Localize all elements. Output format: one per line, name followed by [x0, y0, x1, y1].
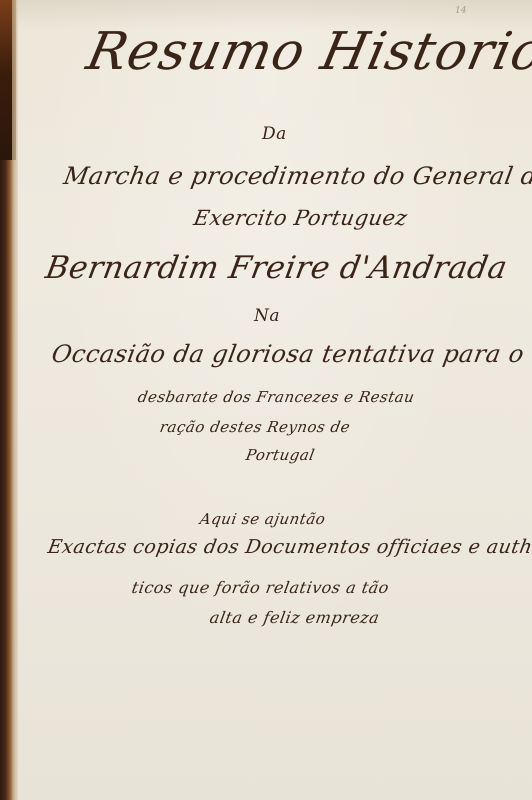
line-aqui-se-ajuntao: Aqui se ajuntão	[198, 510, 327, 528]
manuscript-page: 14 Resumo Historico Da Marcha e procedim…	[0, 0, 532, 800]
page-deckle-edge	[12, 0, 18, 800]
line-exercito: Exercito Portuguez	[192, 206, 409, 230]
folio-mark: 14	[455, 6, 466, 16]
line-marcha: Marcha e procedimento do General do	[62, 162, 532, 190]
line-occasiao: Occasião da gloriosa tentativa para o	[50, 340, 527, 368]
line-portugal: Portugal	[244, 446, 316, 464]
document-title: Resumo Historico	[82, 22, 532, 82]
line-exactas-copias: Exactas copias dos Documentos officiaes …	[46, 536, 532, 558]
line-general-name: Bernardim Freire d'Andrada	[43, 250, 510, 286]
line-desbarate: desbarate dos Francezes e Restau	[136, 388, 416, 406]
line-ticos: ticos que forão relativos a tão	[130, 578, 390, 597]
line-da: Da	[262, 124, 287, 144]
line-na: Na	[254, 306, 280, 326]
line-alta-feliz: alta e feliz empreza	[208, 608, 381, 627]
line-restauracao: ração destes Reynos de	[158, 418, 351, 436]
